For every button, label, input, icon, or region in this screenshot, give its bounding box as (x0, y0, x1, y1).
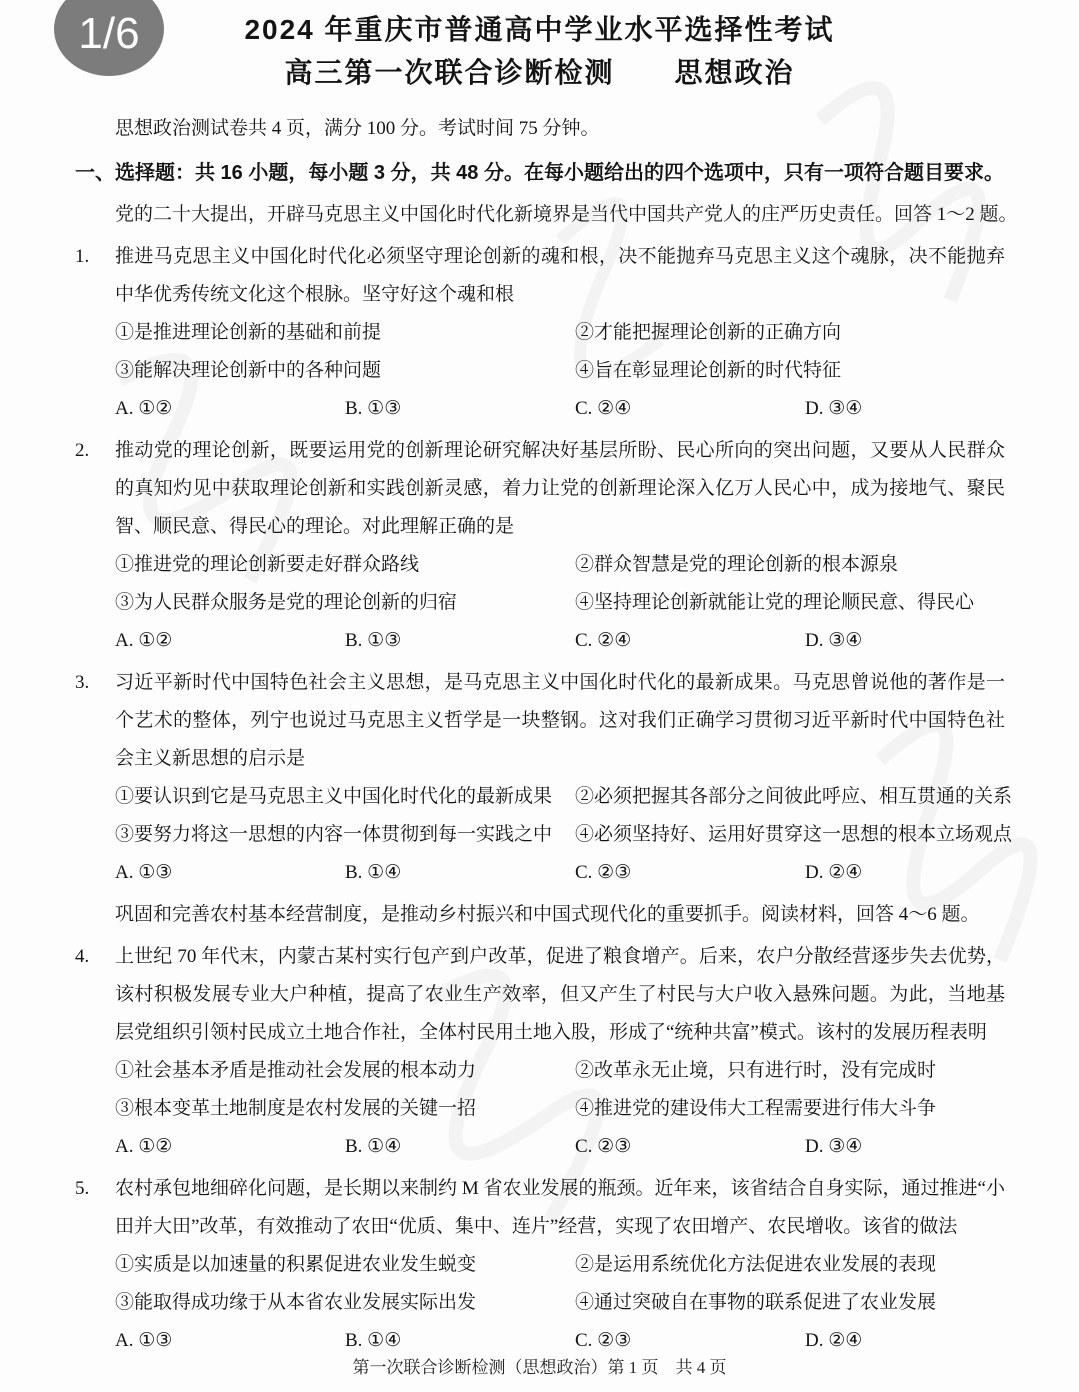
question-body: 农村承包地细碎化问题，是长期以来制约 M 省农业发展的瓶颈。近年来，该省结合自身… (115, 1170, 1005, 1360)
question-number: 5. (75, 1170, 115, 1360)
answer-choice: A. ①② (115, 622, 345, 660)
exam-title-line2: 高三第一次联合诊断检测 思想政治 (0, 51, 1079, 94)
question-number: 1. (75, 238, 115, 428)
lead-in-paragraph: 党的二十大提出，开辟马克思主义中国化时代化新境界是当代中国共产党人的庄严历史责任… (115, 196, 1005, 234)
choice-row: A. ①②B. ①③C. ②④D. ③④ (115, 622, 1005, 660)
answer-choice: A. ①③ (115, 854, 345, 892)
statement-grid: ①要认识到它是马克思主义中国化时代化的最新成果②必须把握其各部分之间彼此呼应、相… (115, 778, 1005, 854)
statement-option: ①要认识到它是马克思主义中国化时代化的最新成果 (115, 778, 575, 816)
question-number: 3. (75, 664, 115, 892)
statement-option: ①推进党的理论创新要走好群众路线 (115, 546, 575, 584)
statement-option: ①是推进理论创新的基础和前提 (115, 314, 575, 352)
answer-choice: B. ①④ (345, 1128, 575, 1166)
answer-choice: A. ①② (115, 1128, 345, 1166)
statement-option: ③根本变革土地制度是农村发展的关键一招 (115, 1090, 575, 1128)
statement-option: ①社会基本矛盾是推动社会发展的根本动力 (115, 1052, 575, 1090)
document-body: 思想政治测试卷共 4 页，满分 100 分。考试时间 75 分钟。 一、选择题：… (0, 110, 1079, 1360)
statement-option: ④通过突破自在事物的联系促进了农业发展 (575, 1284, 1005, 1322)
answer-choice: D. ②④ (805, 1322, 1005, 1360)
answer-choice: C. ②③ (575, 1322, 805, 1360)
question-stem: 上世纪 70 年代末，内蒙古某村实行包产到户改革，促进了粮食增产。后来，农户分散… (115, 938, 1005, 1052)
question-stem: 农村承包地细碎化问题，是长期以来制约 M 省农业发展的瓶颈。近年来，该省结合自身… (115, 1170, 1005, 1246)
answer-choice: A. ①② (115, 390, 345, 428)
exam-page: 1/6 2024 年重庆市普通高中学业水平选择性考试 高三第一次联合诊断检测 思… (0, 0, 1079, 1392)
statement-option: ③为人民群众服务是党的理论创新的归宿 (115, 584, 575, 622)
statement-grid: ①实质是以加速量的积累促进农业发生蜕变②是运用系统优化方法促进农业发展的表现③能… (115, 1246, 1005, 1322)
choice-row: A. ①②B. ①④C. ②③D. ③④ (115, 1128, 1005, 1166)
statement-option: ③要努力将这一思想的内容一体贯彻到每一实践之中 (115, 816, 575, 854)
statement-option: ③能解决理论创新中的各种问题 (115, 352, 575, 390)
answer-choice: D. ③④ (805, 622, 1005, 660)
question-stem: 推进马克思主义中国化时代化必须坚守理论创新的魂和根，决不能抛弃马克思主义这个魂脉… (115, 238, 1005, 314)
question-block: 4. 上世纪 70 年代末，内蒙古某村实行包产到户改革，促进了粮食增产。后来，农… (75, 938, 1005, 1166)
statement-option: ④旨在彰显理论创新的时代特征 (575, 352, 1005, 390)
statement-option: ④必须坚持好、运用好贯穿这一思想的根本立场观点 (575, 816, 1012, 854)
statement-option: ③能取得成功缘于从本省农业发展实际出发 (115, 1284, 575, 1322)
question-body: 推动党的理论创新，既要运用党的创新理论研究解决好基层所盼、民心所向的突出问题，又… (115, 432, 1005, 660)
answer-choice: C. ②③ (575, 854, 805, 892)
question-block: 5. 农村承包地细碎化问题，是长期以来制约 M 省农业发展的瓶颈。近年来，该省结… (75, 1170, 1005, 1360)
statement-option: ①实质是以加速量的积累促进农业发生蜕变 (115, 1246, 575, 1284)
page-footer: 第一次联合诊断检测（思想政治）第 1 页 共 4 页 (0, 1356, 1079, 1380)
question-block: 3. 习近平新时代中国特色社会主义思想，是马克思主义中国化时代化的最新成果。马克… (75, 664, 1005, 892)
answer-choice: B. ①③ (345, 390, 575, 428)
answer-choice: C. ②④ (575, 622, 805, 660)
question-body: 习近平新时代中国特色社会主义思想，是马克思主义中国化时代化的最新成果。马克思曾说… (115, 664, 1005, 892)
statement-option: ④推进党的建设伟大工程需要进行伟大斗争 (575, 1090, 1005, 1128)
statement-option: ②必须把握其各部分之间彼此呼应、相互贯通的关系 (575, 778, 1012, 816)
answer-choice: D. ②④ (805, 854, 1005, 892)
statement-grid: ①推进党的理论创新要走好群众路线②群众智慧是党的理论创新的根本源泉③为人民群众服… (115, 546, 1005, 622)
question-stem: 习近平新时代中国特色社会主义思想，是马克思主义中国化时代化的最新成果。马克思曾说… (115, 664, 1005, 778)
question-body: 推进马克思主义中国化时代化必须坚守理论创新的魂和根，决不能抛弃马克思主义这个魂脉… (115, 238, 1005, 428)
question-block: 1. 推进马克思主义中国化时代化必须坚守理论创新的魂和根，决不能抛弃马克思主义这… (75, 238, 1005, 428)
question-number: 2. (75, 432, 115, 660)
question-number: 4. (75, 938, 115, 1166)
statement-grid: ①是推进理论创新的基础和前提②才能把握理论创新的正确方向③能解决理论创新中的各种… (115, 314, 1005, 390)
section-header: 一、选择题：共 16 小题，每小题 3 分，共 48 分。在每小题给出的四个选项… (75, 154, 1005, 192)
choice-row: A. ①②B. ①③C. ②④D. ③④ (115, 390, 1005, 428)
statement-option: ②才能把握理论创新的正确方向 (575, 314, 1005, 352)
exam-header: 2024 年重庆市普通高中学业水平选择性考试 高三第一次联合诊断检测 思想政治 (0, 0, 1079, 94)
statement-grid: ①社会基本矛盾是推动社会发展的根本动力②改革永无止境，只有进行时，没有完成时③根… (115, 1052, 1005, 1128)
answer-choice: B. ①④ (345, 1322, 575, 1360)
lead-in-paragraph: 巩固和完善农村基本经营制度，是推动乡村振兴和中国式现代化的重要抓手。阅读材料，回… (115, 896, 1005, 934)
exam-info-line: 思想政治测试卷共 4 页，满分 100 分。考试时间 75 分钟。 (115, 110, 1005, 148)
page-number-label: 1/6 (78, 9, 139, 59)
statement-option: ④坚持理论创新就能让党的理论顺民意、得民心 (575, 584, 1005, 622)
answer-choice: D. ③④ (805, 390, 1005, 428)
question-block: 2. 推动党的理论创新，既要运用党的创新理论研究解决好基层所盼、民心所向的突出问… (75, 432, 1005, 660)
answer-choice: C. ②③ (575, 1128, 805, 1166)
statement-option: ②群众智慧是党的理论创新的根本源泉 (575, 546, 1005, 584)
answer-choice: B. ①③ (345, 622, 575, 660)
answer-choice: A. ①③ (115, 1322, 345, 1360)
question-stem: 推动党的理论创新，既要运用党的创新理论研究解决好基层所盼、民心所向的突出问题，又… (115, 432, 1005, 546)
answer-choice: D. ③④ (805, 1128, 1005, 1166)
question-body: 上世纪 70 年代末，内蒙古某村实行包产到户改革，促进了粮食增产。后来，农户分散… (115, 938, 1005, 1166)
answer-choice: C. ②④ (575, 390, 805, 428)
choice-row: A. ①③B. ①④C. ②③D. ②④ (115, 854, 1005, 892)
statement-option: ②改革永无止境，只有进行时，没有完成时 (575, 1052, 1005, 1090)
statement-option: ②是运用系统优化方法促进农业发展的表现 (575, 1246, 1005, 1284)
choice-row: A. ①③B. ①④C. ②③D. ②④ (115, 1322, 1005, 1360)
document-content: 党的二十大提出，开辟马克思主义中国化时代化新境界是当代中国共产党人的庄严历史责任… (75, 196, 1005, 1360)
answer-choice: B. ①④ (345, 854, 575, 892)
